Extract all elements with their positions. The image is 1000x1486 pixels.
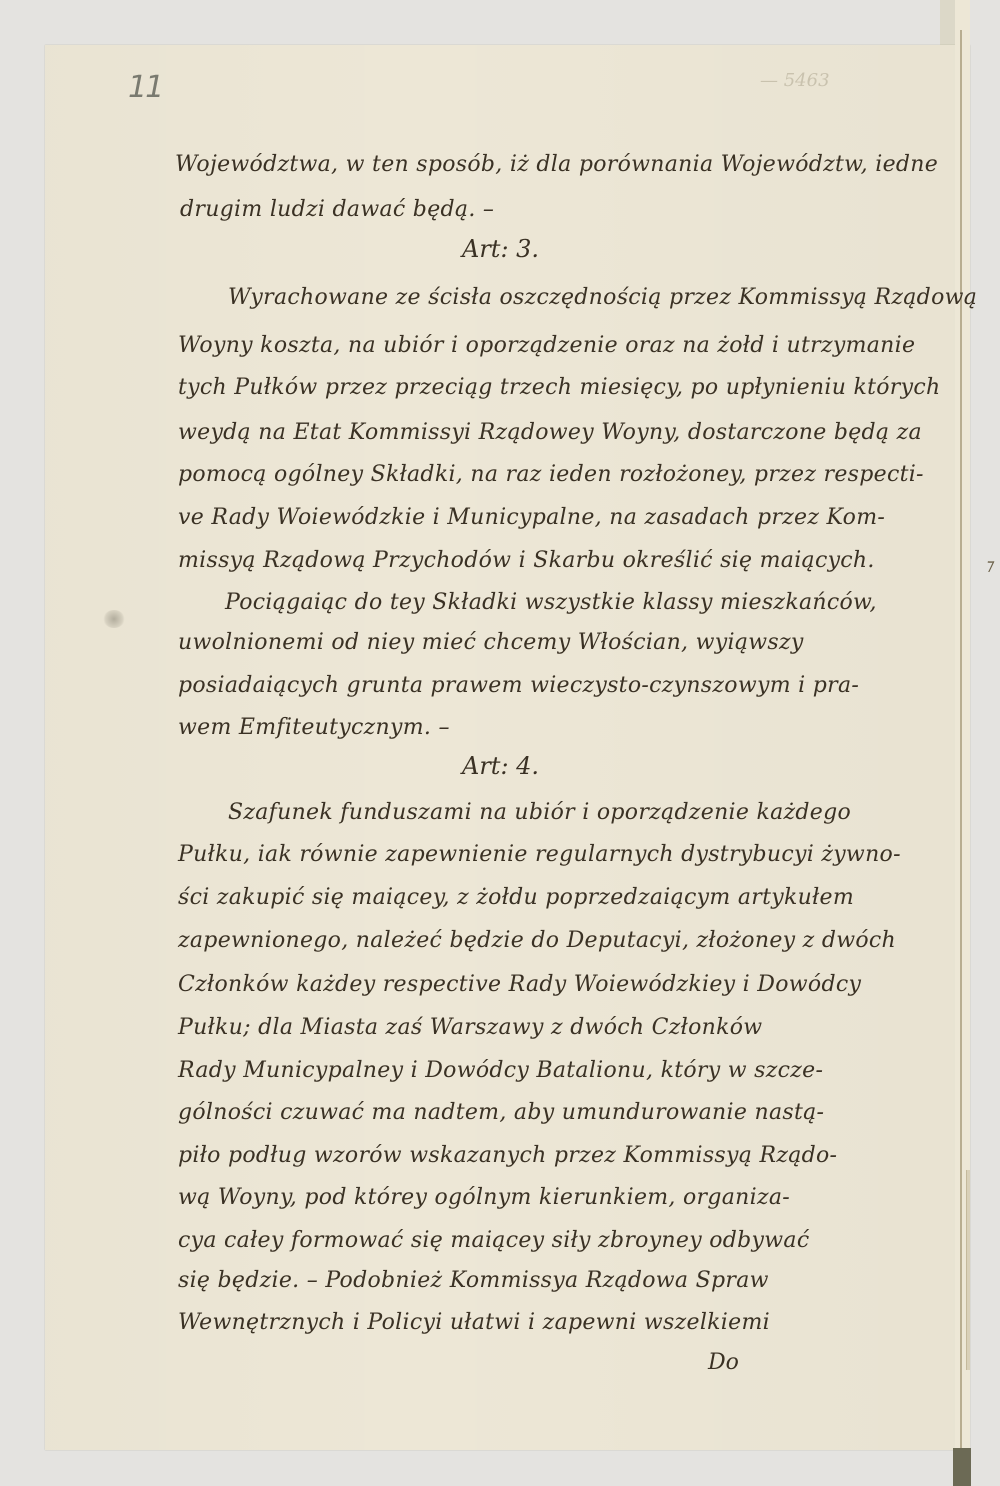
binding-fold-line (960, 30, 962, 1450)
text-line: piło podług wzorów wskazanych przez Komm… (178, 1143, 837, 1168)
text-line: uwolnionemi od niey mieć chcemy Włościan… (178, 630, 804, 655)
right-margin-mark: ⁊ (985, 555, 993, 574)
pencil-archival-note: — 5463 (760, 70, 830, 91)
text-line: Wyrachowane ze ścisła oszczędnością prze… (228, 285, 977, 310)
text-line: posiadaiących grunta prawem wieczysto-cz… (178, 673, 859, 698)
text-line: ści zakupić się maiącey, z żołdu poprzed… (178, 885, 854, 910)
article-heading-3: Art: 3. (462, 235, 539, 263)
text-line: Woyny koszta, na ubiór i oporządzenie or… (178, 333, 915, 358)
text-line: gólności czuwać ma nadtem, aby umundurow… (178, 1100, 824, 1125)
text-line: zapewnionego, należeć będzie do Deputacy… (178, 928, 896, 953)
text-line: missyą Rządową Przychodów i Skarbu okreś… (178, 548, 875, 573)
text-line: Województwa, w ten sposób, iż dla porówn… (175, 152, 938, 177)
binding-tab-bottom (953, 1448, 971, 1486)
article-heading-4: Art: 4. (462, 752, 539, 780)
text-line: Wewnętrznych i Policyi ułatwi i zapewni … (178, 1310, 770, 1335)
text-line: Członków każdey respective Rady Woiewódz… (178, 972, 861, 997)
text-line: Pułku; dla Miasta zaś Warszawy z dwóch C… (178, 1015, 762, 1040)
text-line: weydą na Etat Kommissyi Rządowey Woyny, … (178, 420, 922, 445)
text-line: Pułku, iak równie zapewnienie regularnyc… (178, 842, 901, 867)
text-line: się będzie. – Podobnież Kommissya Rządow… (178, 1268, 769, 1293)
folio-number: 11 (128, 70, 162, 105)
catchword: Do (708, 1350, 739, 1375)
binding-thread (966, 1170, 970, 1370)
text-line: drugim ludzi dawać będą. – (180, 197, 494, 222)
text-line: Pociągaiąc do tey Składki wszystkie klas… (225, 590, 877, 615)
text-line: wą Woyny, pod którey ogólnym kierunkiem,… (178, 1185, 790, 1210)
text-line: ve Rady Woiewódzkie i Municypalne, na za… (178, 505, 885, 530)
ink-stain (103, 610, 125, 628)
text-line: tych Pułków przez przeciąg trzech miesię… (178, 375, 940, 400)
text-line: pomocą ogólney Składki, na raz ieden roz… (178, 462, 924, 487)
text-line: Szafunek funduszami na ubiór i oporządze… (228, 800, 851, 825)
text-line: wem Emfiteutycznym. – (178, 715, 450, 740)
text-line: Rady Municypalney i Dowódcy Batalionu, k… (178, 1058, 823, 1083)
text-line: cya całey formować się maiącey siły zbro… (178, 1228, 809, 1253)
